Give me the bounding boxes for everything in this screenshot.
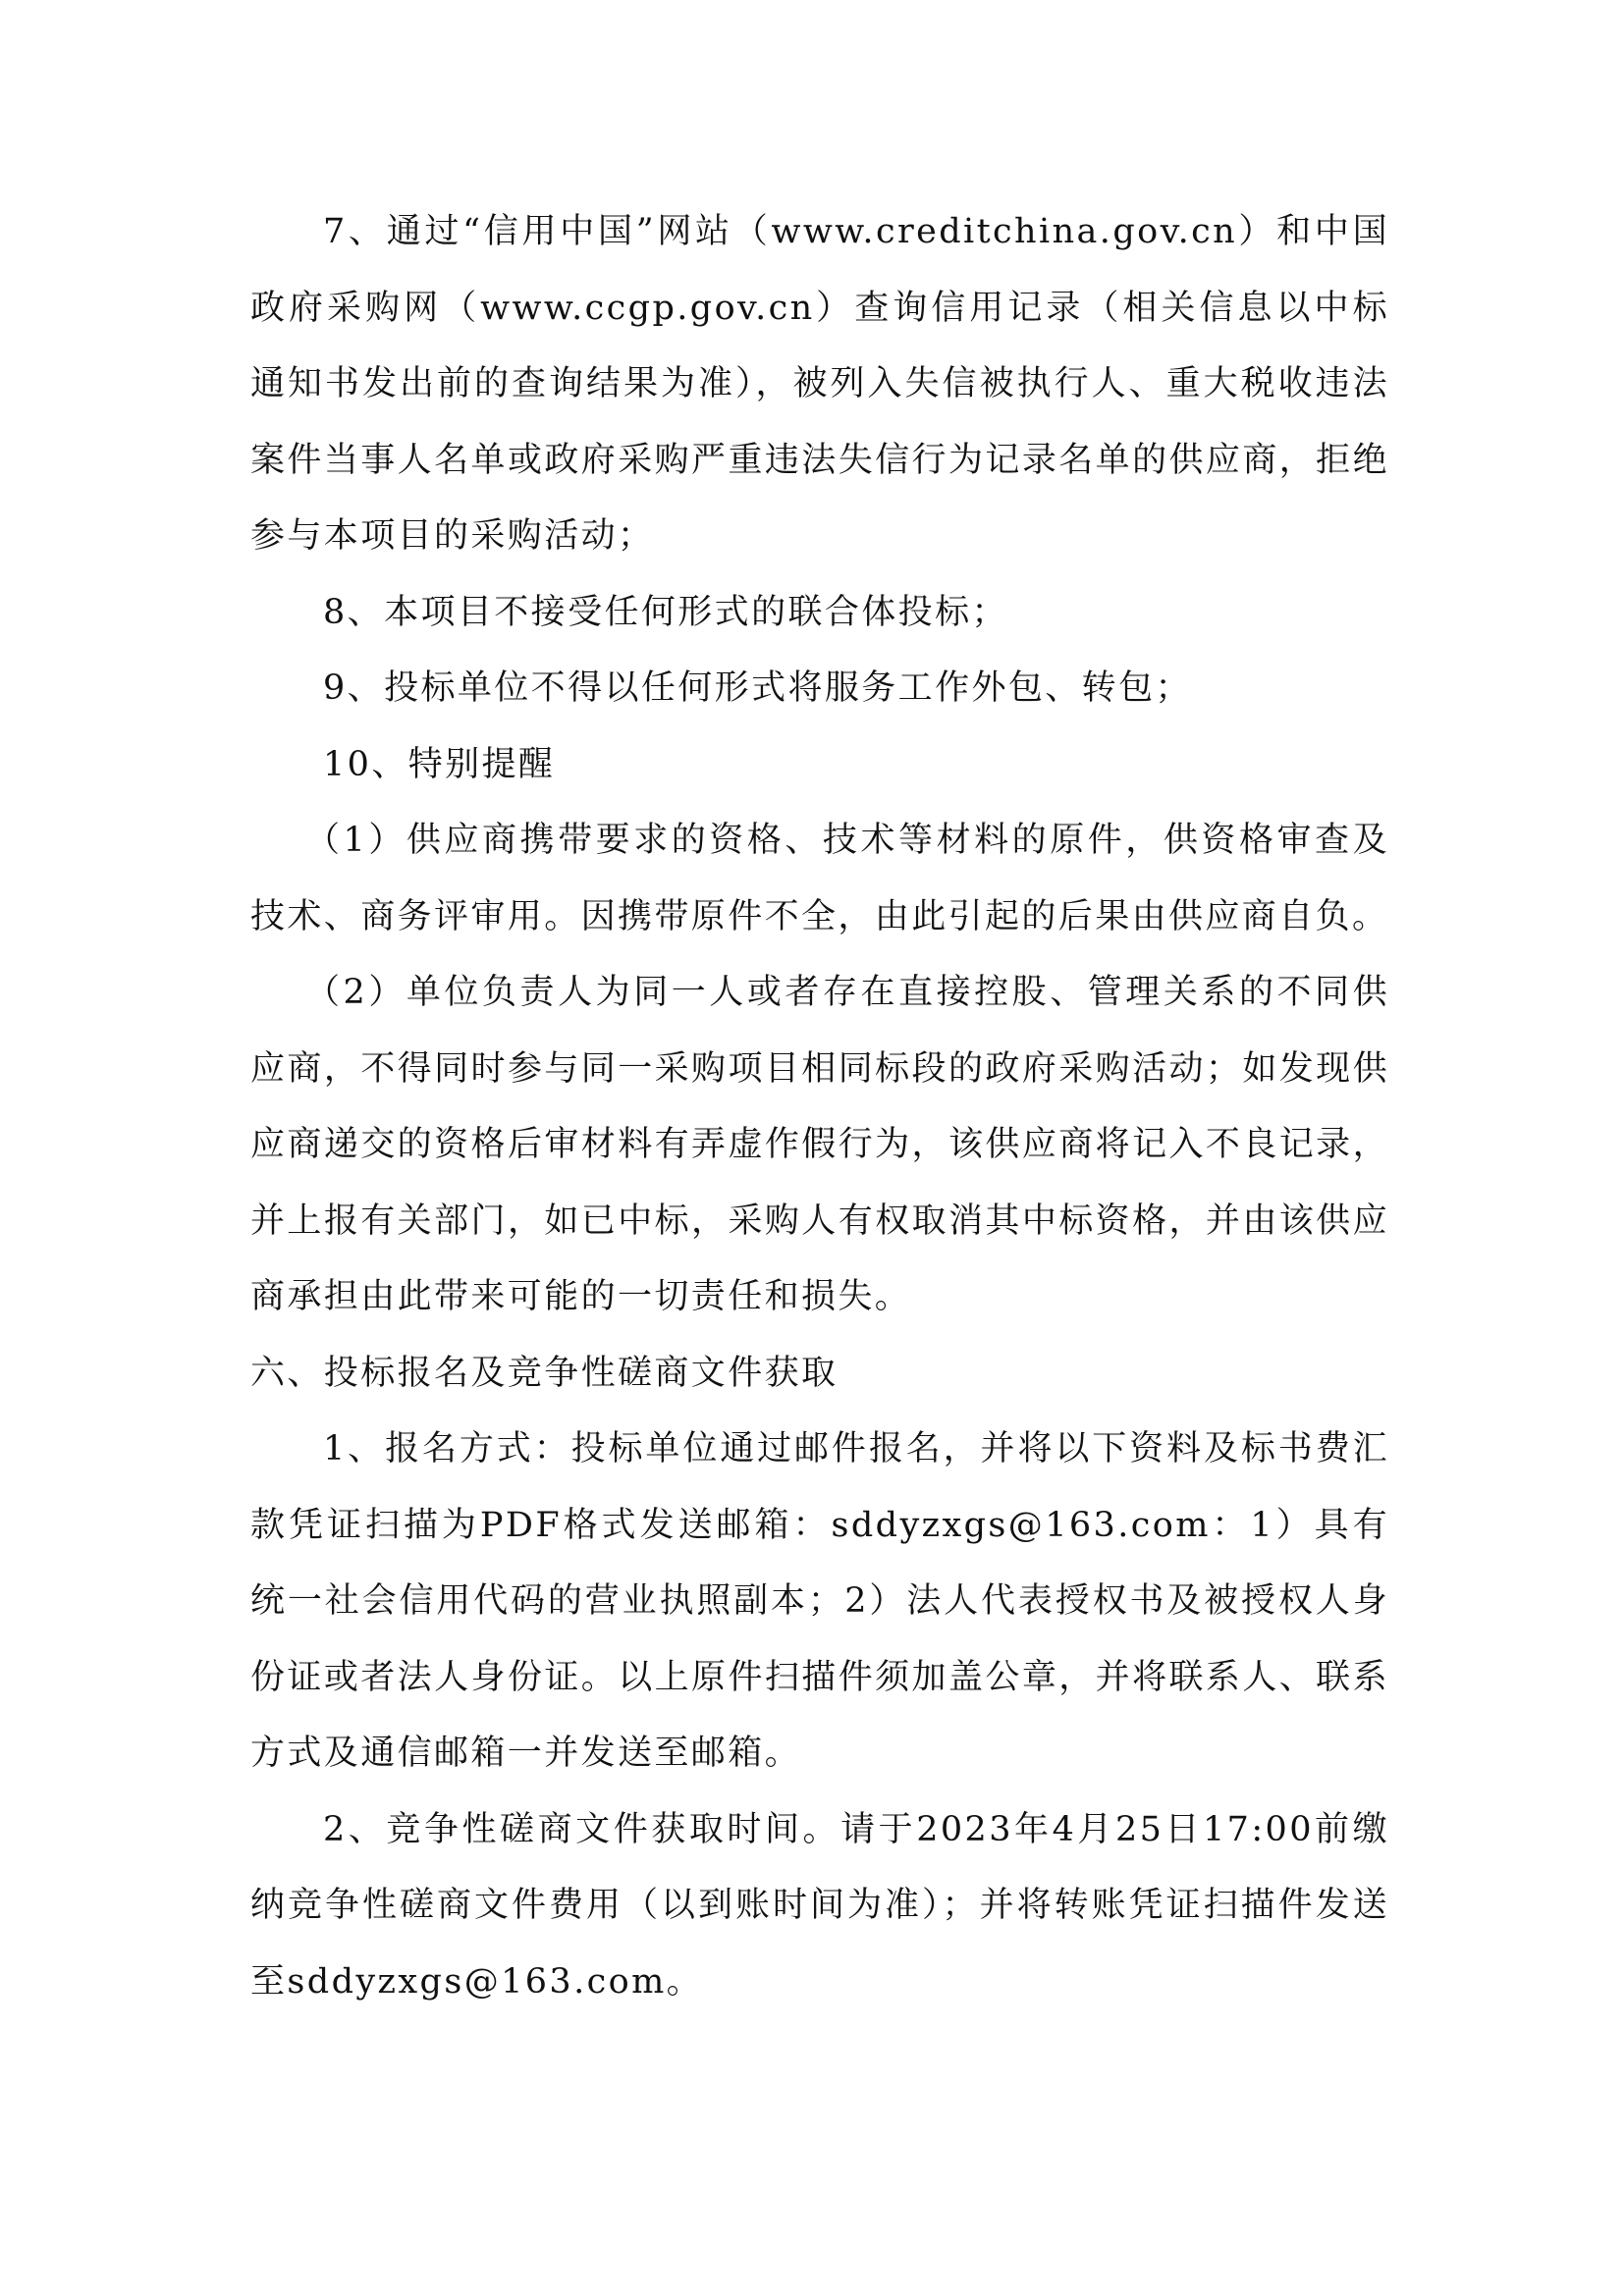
paragraph-item-10: 10、特别提醒	[250, 727, 1389, 804]
paragraph-section-6-item-2: 2、竞争性磋商文件获取时间。请于2023年4月25日17:00前缴纳竞争性磋商文…	[250, 1792, 1389, 2021]
section-6-heading: 六、投标报名及竞争性磋商文件获取	[250, 1336, 1389, 1413]
paragraph-section-6-item-1: 1、报名方式：投标单位通过邮件报名，并将以下资料及标书费汇款凭证扫描为PDF格式…	[250, 1412, 1389, 1792]
paragraph-item-10-1: （1）供应商携带要求的资格、技术等材料的原件，供资格审查及技术、商务评审用。因携…	[250, 803, 1389, 955]
paragraph-item-7: 7、通过“信用中国”网站（www.creditchina.gov.cn）和中国政…	[250, 194, 1389, 575]
document-page: 7、通过“信用中国”网站（www.creditchina.gov.cn）和中国政…	[250, 194, 1389, 2020]
paragraph-item-9: 9、投标单位不得以任何形式将服务工作外包、转包；	[250, 651, 1389, 727]
paragraph-item-8: 8、本项目不接受任何形式的联合体投标；	[250, 575, 1389, 652]
paragraph-item-10-2: （2）单位负责人为同一人或者存在直接控股、管理关系的不同供应商，不得同时参与同一…	[250, 955, 1389, 1336]
